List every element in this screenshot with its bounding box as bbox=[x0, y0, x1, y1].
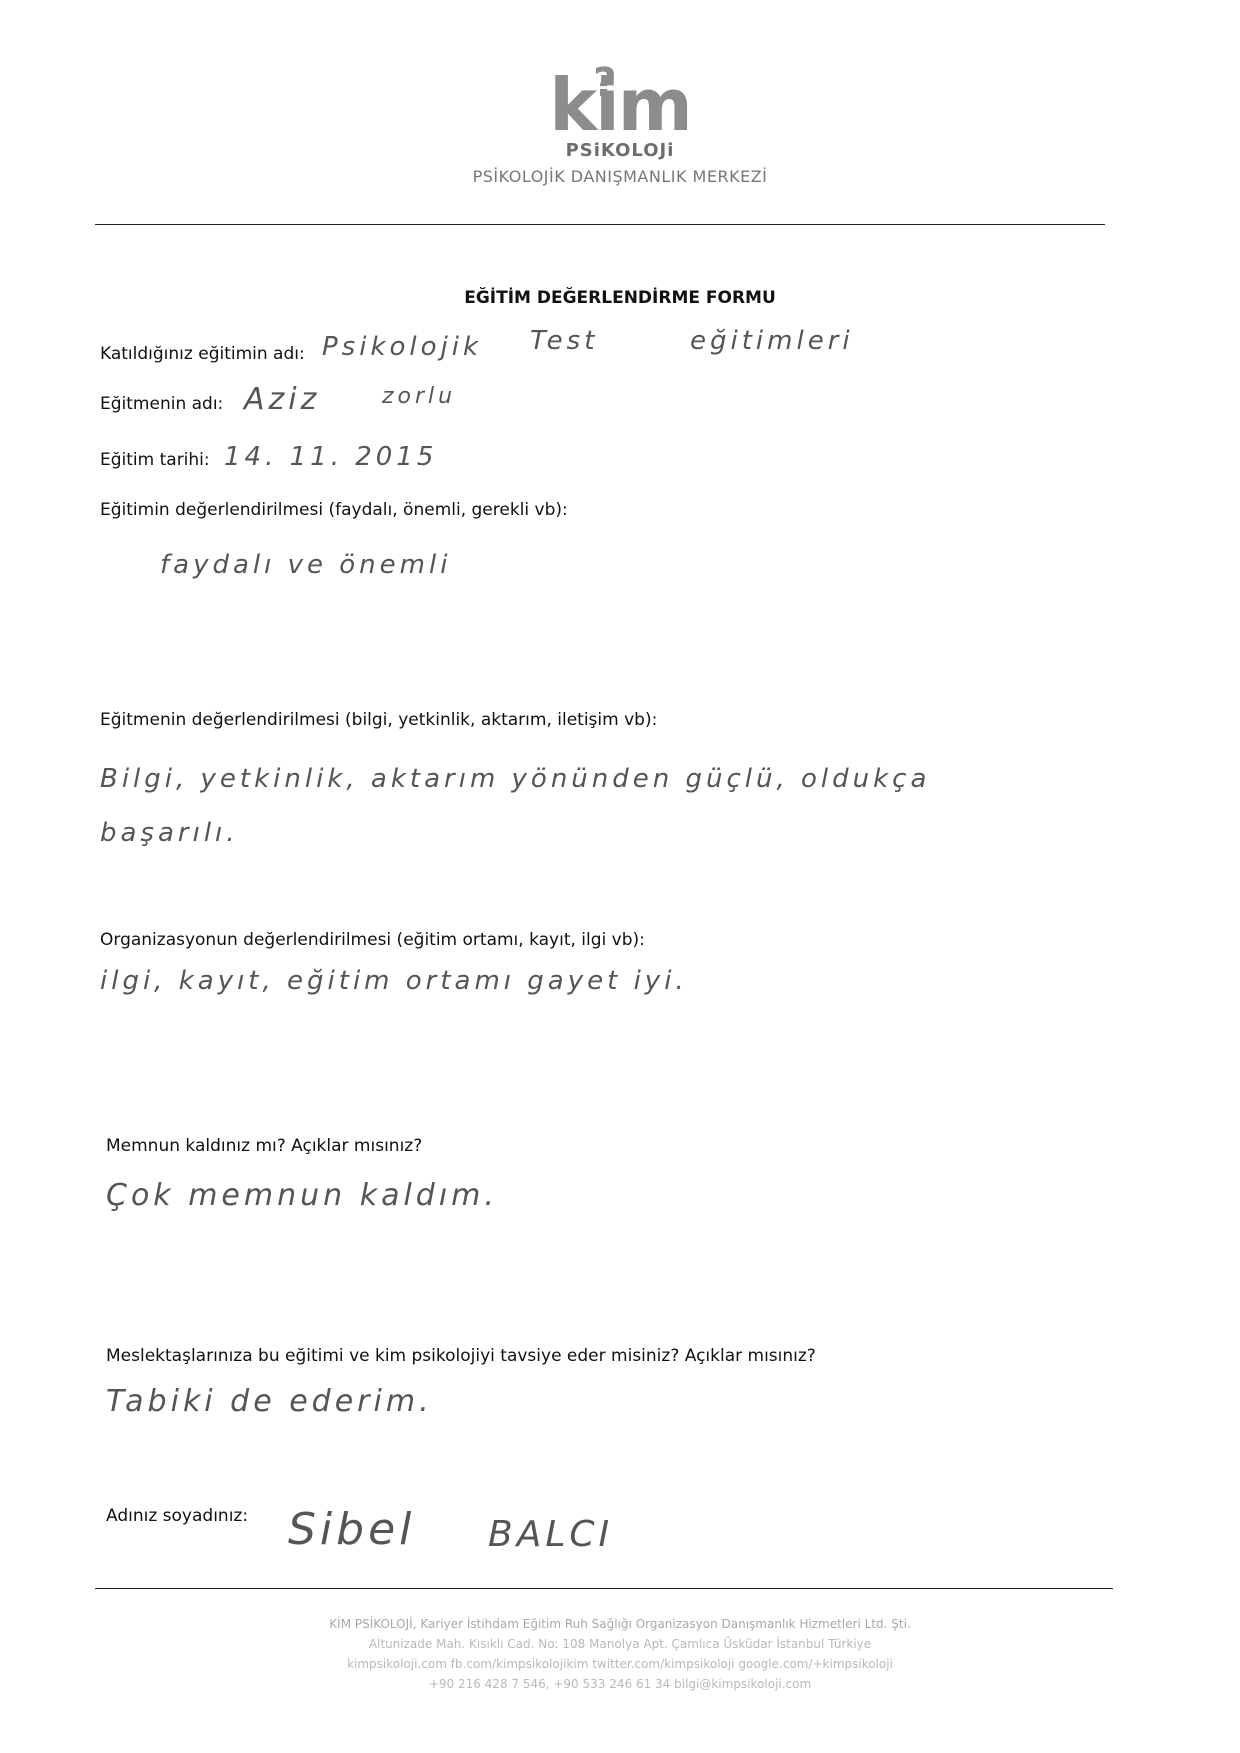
training-name-value-3: eğitimleri bbox=[690, 326, 854, 356]
footer-web: kimpsikoloji.com fb.com/kimpsikolojikim … bbox=[0, 1654, 1240, 1674]
training-name-value-2: Test bbox=[530, 326, 598, 356]
trainer-name-label: Eğitmenin adı: bbox=[100, 394, 223, 414]
training-date-value: 14. 11. 2015 bbox=[224, 442, 437, 472]
form-title: EĞİTİM DEĞERLENDİRME FORMU bbox=[0, 288, 1240, 308]
training-date-label: Eğitim tarihi: bbox=[100, 450, 210, 470]
footer: KİM PSİKOLOJİ, Kariyer İstihdam Eğitim R… bbox=[0, 1614, 1240, 1694]
logo-question-mark: ? bbox=[593, 48, 614, 118]
training-evaluation-label: Eğitimin değerlendirilmesi (faydalı, öne… bbox=[100, 500, 568, 520]
full-name-label: Adınız soyadınız: bbox=[106, 1506, 248, 1526]
recommendation-label: Meslektaşlarınıza bu eğitimi ve kim psik… bbox=[106, 1346, 816, 1366]
full-name-first-value: Sibel bbox=[288, 1504, 415, 1555]
header-divider bbox=[95, 224, 1105, 225]
organization-evaluation-value: ilgi, kayıt, eğitim ortamı gayet iyi. bbox=[100, 966, 688, 996]
trainer-evaluation-value-line1: Bilgi, yetkinlik, aktarım yönünden güçlü… bbox=[100, 764, 930, 794]
satisfaction-value: Çok memnun kaldım. bbox=[106, 1178, 498, 1213]
footer-address: Altunizade Mah. Kısıklı Cad. No: 108 Man… bbox=[0, 1634, 1240, 1654]
recommendation-value: Tabiki de ederim. bbox=[106, 1384, 433, 1419]
organization-evaluation-label: Organizasyonun değerlendirilmesi (eğitim… bbox=[100, 930, 645, 950]
footer-divider bbox=[95, 1588, 1113, 1589]
trainer-evaluation-value-line2: başarılı. bbox=[100, 818, 239, 848]
training-evaluation-value: faydalı ve önemli bbox=[160, 550, 451, 580]
trainer-evaluation-label: Eğitmenin değerlendirilmesi (bilgi, yetk… bbox=[100, 710, 657, 730]
company-logo: kim ? PSiKOLOJi PSİKOLOJİK DANIŞMANLIK M… bbox=[0, 70, 1240, 186]
trainer-last-name-value: zorlu bbox=[382, 384, 456, 409]
footer-company: KİM PSİKOLOJİ, Kariyer İstihdam Eğitim R… bbox=[0, 1614, 1240, 1634]
trainer-first-name-value: Aziz bbox=[244, 382, 320, 417]
training-name-value-1: Psikolojik bbox=[322, 332, 482, 362]
full-name-last-value: BALCI bbox=[488, 1514, 613, 1555]
logo-subtitle: PSİKOLOJİK DANIŞMANLIK MERKEZİ bbox=[0, 167, 1240, 186]
logo-mark: kim ? bbox=[549, 70, 691, 140]
footer-contact: +90 216 428 7 546, +90 533 246 61 34 bil… bbox=[0, 1674, 1240, 1694]
satisfaction-label: Memnun kaldınız mı? Açıklar mısınız? bbox=[106, 1136, 422, 1156]
training-name-label: Katıldığınız eğitimin adı: bbox=[100, 344, 305, 364]
logo-mark-text: kim bbox=[549, 63, 691, 147]
